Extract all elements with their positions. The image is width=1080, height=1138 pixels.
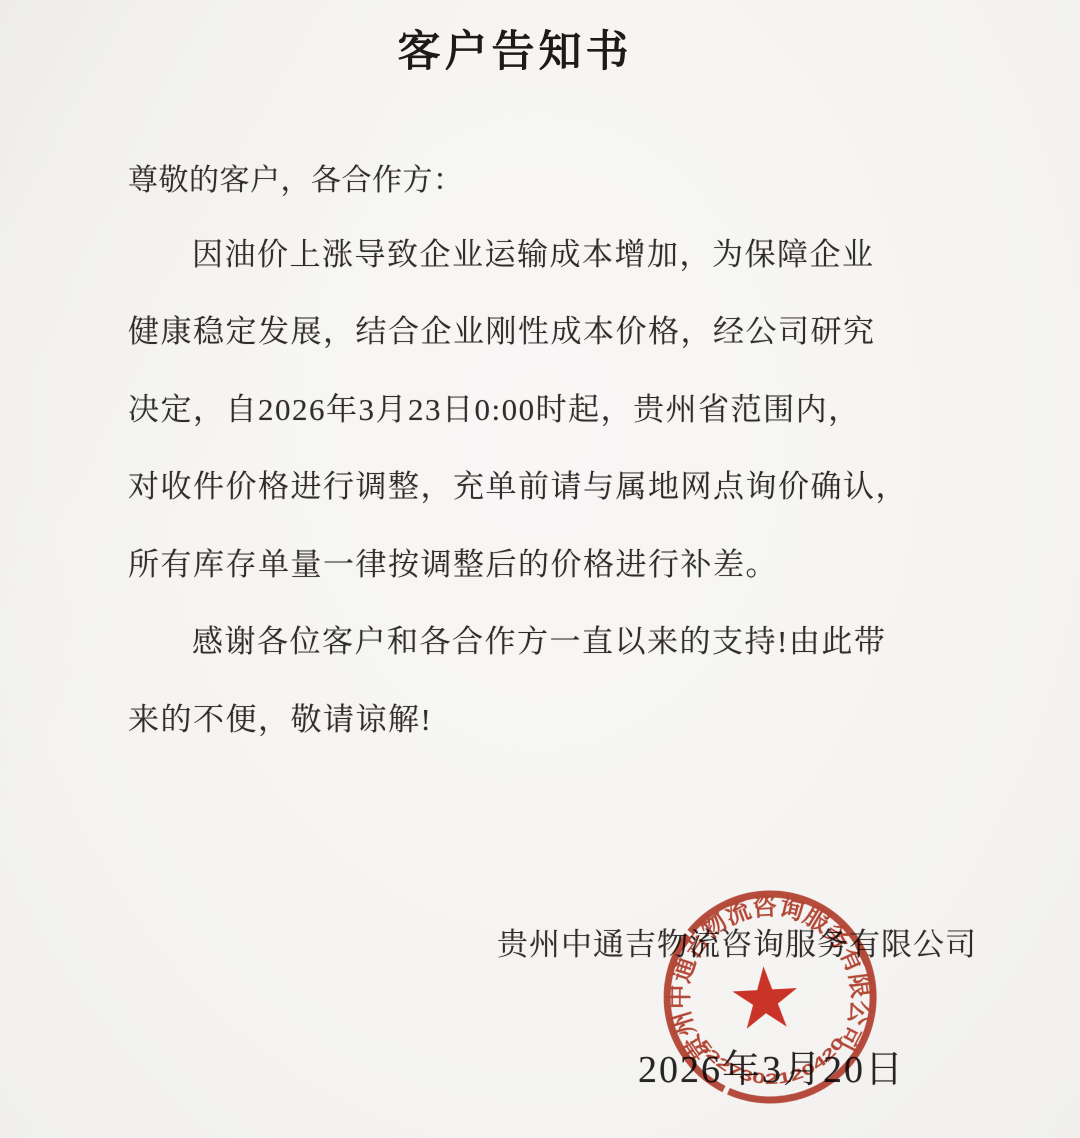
seal-ring-text: 贵州中通吉物流咨询服务有限公司: [658, 885, 880, 1068]
body-line: 来的不便，敬请谅解!: [128, 694, 432, 739]
document-page: 客户告知书 尊敬的客户，各合作方： 因油价上涨导致企业运输成本增加，为保障企业 …: [0, 0, 1080, 1138]
body-line: 感谢各位客户和各合作方一直以来的支持!由此带: [192, 616, 886, 661]
body-line: 所有库存单量一律按调整后的价格进行补差。: [128, 539, 778, 584]
body-line: 健康稳定发展，结合企业刚性成本价格，经公司研究: [128, 306, 876, 351]
body-line: 对收件价格进行调整，充单前请与属地网点询价确认，: [128, 461, 908, 506]
red-star-icon: [731, 965, 799, 1030]
page-title: 客户告知书: [0, 18, 1030, 79]
salutation: 尊敬的客户，各合作方：: [128, 155, 464, 199]
body-line: 决定，自2026年3月23日0:00时起，贵州省范围内，: [128, 384, 861, 429]
company-seal: 贵州中通吉物流咨询服务有限公司 5227302120420: [639, 864, 902, 1127]
body-line: 因油价上涨导致企业运输成本增加，为保障企业: [192, 229, 875, 274]
